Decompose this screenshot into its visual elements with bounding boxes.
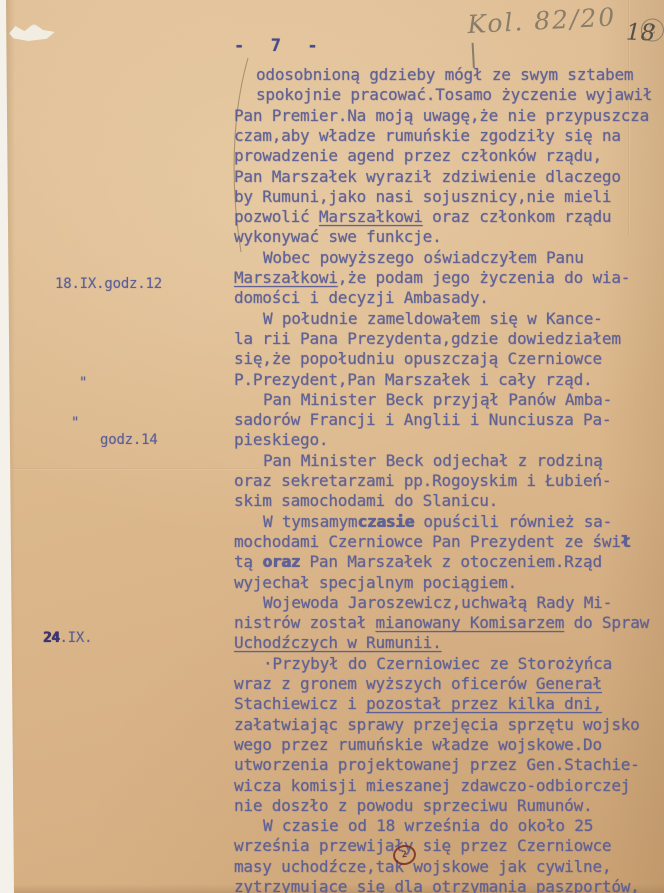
margin-date-note: 24.IX.	[43, 630, 92, 646]
typed-line: wraz z gronem wyższych oficerów Generał	[234, 674, 602, 694]
typed-line: spokojnie pracować.Tosamo życzenie wyjaw…	[234, 85, 652, 105]
margin-date-note: "	[71, 415, 79, 431]
typed-line: Pan Minister Beck odjechał z rodziną	[234, 451, 603, 471]
typed-line: pieskiego.	[234, 430, 328, 450]
typed-line: odosobnioną gdzieby mógł ze swym sztabem	[234, 65, 633, 85]
typed-line: Pan Premier.Na moją uwagę,że nie przypus…	[234, 106, 649, 126]
archive-reference-text: Kol. 82/20 |	[467, 1, 638, 68]
typed-line: się,że popołudniu opuszczają Czerniowce	[234, 349, 602, 369]
typed-line: Stachiewicz i pozostał przez kilka dni,	[234, 694, 602, 714]
margin-date-note: 18.IX.godz.12	[55, 276, 162, 292]
typed-line: Pan Marszałek wyraził zdziwienie dlaczeg…	[234, 167, 621, 187]
typed-line: prowadzenie agend przez członków rządu,	[234, 146, 602, 166]
typed-line: Uchodźczych w Rumunii.	[234, 633, 442, 653]
typed-line: W czasie od 18 września do około 25	[234, 816, 593, 836]
typed-line: pozwolić Marszałkowi oraz członkom rządu	[234, 207, 611, 227]
paper-crease-horizontal	[10, 468, 260, 470]
margin-date-note: "	[79, 375, 87, 391]
typed-line: nie doszło z powodu sprzeciwu Rumunów.	[234, 796, 592, 816]
typed-line: Wojewoda Jaroszewicz,uchwałą Rady Mi-	[234, 593, 612, 613]
typed-line: sadorów Francji i Anglii i Nunciusza Pa-	[234, 410, 611, 430]
typed-line: wykonywać swe funkcje.	[234, 227, 442, 247]
typed-line: Pan Minister Beck przyjął Panów Amba-	[234, 390, 612, 410]
typed-line: nistrów został mianowany Komisarzem do S…	[234, 613, 649, 633]
typed-line: masy uchodźcze,tak wojskowe jak cywilne,	[234, 857, 611, 877]
pencil-page-number: 18	[626, 19, 656, 46]
typed-line: wyjechał specjalnym pociągiem.	[234, 573, 517, 593]
typed-line: by Rumuni,jako nasi sojusznicy,nie mieli	[234, 187, 611, 207]
typed-line: Wobec powyższego oświadczyłem Panu	[234, 248, 584, 268]
typed-line: załatwiając sprawy przejęcia sprzętu woj…	[234, 715, 640, 735]
typed-page-number: - 7 -	[234, 36, 320, 56]
typed-line: czam,aby władze rumuńskie zgodziły się n…	[234, 126, 621, 146]
typed-line: ·Przybył do Czerniowiec ze Storożyńca	[234, 654, 612, 674]
typed-line: tą oraz Pan Marszałek z otoczeniem.Rząd	[234, 552, 602, 572]
typed-line: domości i decyzji Ambasady.	[234, 288, 489, 308]
typed-line: utworzenia projektowanej przez Gen.Stach…	[234, 755, 640, 775]
margin-date-note: godz.14	[100, 432, 158, 448]
typed-line: W tymsamymczasie opuścili również sa-	[234, 512, 612, 532]
typed-line: W południe zameldowałem się w Kance-	[234, 309, 603, 329]
typed-line: oraz sekretarzami pp.Rogoyskim i Łubień-	[234, 471, 611, 491]
typed-line: wego przez rumuńskie władze wojskowe.Do	[234, 735, 602, 755]
typed-line: skim samochodami do Slanicu.	[234, 491, 498, 511]
typed-line: mochodami Czerniowce Pan Prezydent ze św…	[234, 532, 630, 552]
typed-line: wicza komisji mieszanej zdawczo-odbiorcz…	[234, 776, 630, 796]
typed-line: P.Prezydent,Pan Marszałek i cały rząd.	[234, 370, 592, 390]
typed-line: Marszałkowi,że podam jego życzenia do wi…	[234, 268, 630, 288]
typed-line: zytrzymujące się dla otrzymania paszport…	[234, 877, 640, 893]
typed-line: września przewijały się przez Czerniowce	[234, 836, 611, 856]
typed-line: la rii Pana Prezydenta,gdzie dowiedziałe…	[234, 329, 621, 349]
scanned-document-page: { "document": { "typed_page_number": "- …	[0, 0, 664, 893]
